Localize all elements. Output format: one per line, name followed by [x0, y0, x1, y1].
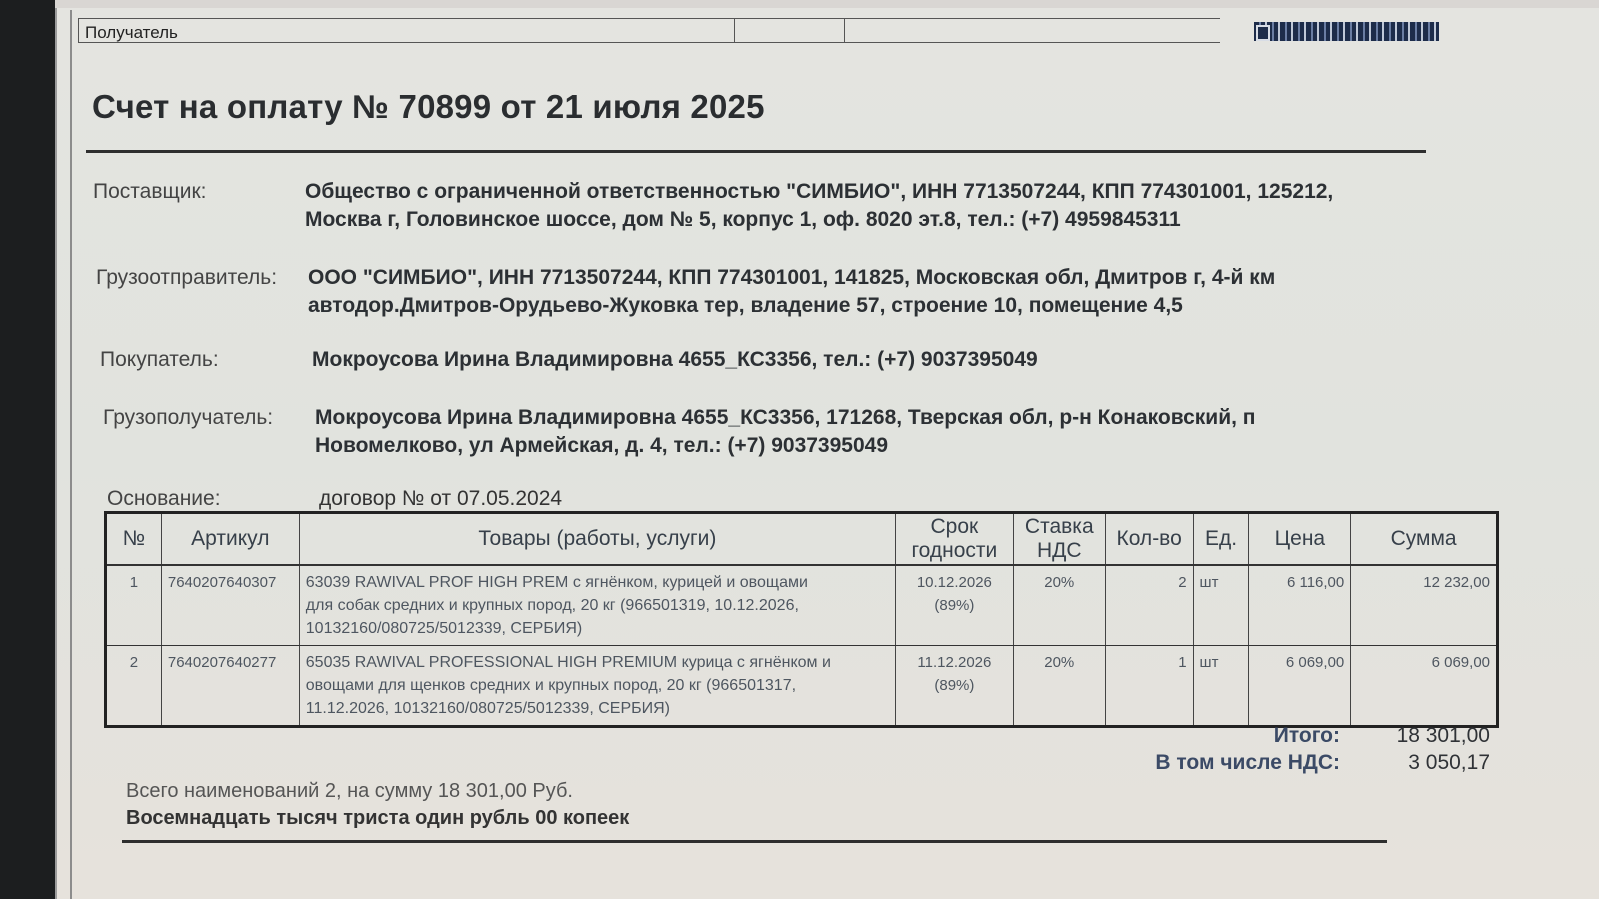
recipient-cell: [845, 19, 1219, 42]
total-row: Итого: 18 301,00: [1110, 722, 1490, 749]
col-vat-line: НДС: [1018, 539, 1101, 563]
shipper-block: Грузоотправитель: ООО "СИМБИО", ИНН 7713…: [96, 264, 1275, 320]
vat-row: В том числе НДС: 3 050,17: [1110, 749, 1490, 776]
shipper-value: ООО "СИМБИО", ИНН 7713507244, КПП 774301…: [308, 264, 1275, 320]
row-sku: 7640207640277: [161, 645, 299, 726]
desc-line: 10132160/080725/5012339, СЕРБИЯ): [306, 617, 889, 640]
desc-line: 63039 RAWIVAL PROF HIGH PREM с ягнёнком,…: [306, 571, 889, 594]
col-goods: Товары (работы, услуги): [299, 513, 895, 565]
total-value: 18 301,00: [1340, 722, 1490, 749]
row-sum: 6 069,00: [1351, 645, 1498, 726]
desc-line: для собак средних и крупных пород, 20 кг…: [306, 594, 889, 617]
table-row: 2 7640207640277 65035 RAWIVAL PROFESSION…: [106, 645, 1498, 726]
supplier-block: Поставщик: Общество с ограниченной ответ…: [93, 178, 1333, 234]
row-num: 1: [106, 565, 162, 646]
row-description: 63039 RAWIVAL PROF HIGH PREM с ягнёнком,…: [299, 565, 895, 646]
consignee-line: Новомелково, ул Армейская, д. 4, тел.: (…: [315, 432, 1255, 460]
table-row: 1 7640207640307 63039 RAWIVAL PROF HIGH …: [106, 565, 1498, 646]
vat-label: В том числе НДС:: [1155, 749, 1340, 776]
buyer-block: Покупатель: Мокроусова Ирина Владимировн…: [100, 346, 1038, 374]
col-sku: Артикул: [161, 513, 299, 565]
totals-block: Итого: 18 301,00 В том числе НДС: 3 050,…: [1110, 722, 1490, 776]
title-divider: [86, 150, 1426, 153]
supplier-line: Москва г, Головинское шоссе, дом № 5, ко…: [305, 206, 1333, 234]
recipient-bank-block: Получатель: [78, 18, 1220, 43]
desc-line: 65035 RAWIVAL PROFESSIONAL HIGH PREMIUM …: [306, 651, 889, 674]
amount-in-words: Восемнадцать тысяч триста один рубль 00 …: [126, 805, 629, 832]
row-qty: 2: [1105, 565, 1193, 646]
col-expiry-line: Срок: [900, 515, 1009, 539]
recipient-label: Получатель: [79, 19, 735, 42]
row-vat: 20%: [1013, 565, 1105, 646]
shipper-line: ООО "СИМБИО", ИНН 7713507244, КПП 774301…: [308, 264, 1275, 292]
col-price: Цена: [1249, 513, 1351, 565]
desc-line: овощами для щенков средних и крупных пор…: [306, 674, 889, 697]
row-expiry: 11.12.2026 (89%): [895, 645, 1013, 726]
page-edge: [70, 10, 72, 899]
col-num: №: [106, 513, 162, 565]
expiry-percent: (89%): [902, 594, 1007, 617]
qr-code-icon: [1254, 22, 1439, 41]
col-unit: Ед.: [1193, 513, 1249, 565]
row-description: 65035 RAWIVAL PROFESSIONAL HIGH PREMIUM …: [299, 645, 895, 726]
table-header-row: № Артикул Товары (работы, услуги) Срок г…: [106, 513, 1498, 565]
col-vat-line: Ставка: [1018, 515, 1101, 539]
items-count-summary: Всего наименований 2, на сумму 18 301,00…: [126, 778, 629, 805]
bottom-divider: [122, 840, 1387, 843]
invoice-title: Счет на оплату № 70899 от 21 июля 2025: [92, 88, 765, 126]
total-label: Итого:: [1274, 722, 1340, 749]
consignee-line: Мокроусова Ирина Владимировна 4655_КС335…: [315, 404, 1255, 432]
basis-block: Основание: договор № от 07.05.2024: [107, 485, 562, 513]
row-vat: 20%: [1013, 645, 1105, 726]
basis-value: договор № от 07.05.2024: [319, 485, 562, 513]
row-sku: 7640207640307: [161, 565, 299, 646]
consignee-block: Грузополучатель: Мокроусова Ирина Владим…: [103, 404, 1255, 460]
row-price: 6 069,00: [1249, 645, 1351, 726]
row-qty: 1: [1105, 645, 1193, 726]
buyer-value: Мокроусова Ирина Владимировна 4655_КС335…: [312, 346, 1038, 374]
supplier-line: Общество с ограниченной ответственностью…: [305, 178, 1333, 206]
vat-value: 3 050,17: [1340, 749, 1490, 776]
col-qty: Кол-во: [1105, 513, 1193, 565]
summary-block: Всего наименований 2, на сумму 18 301,00…: [126, 778, 629, 832]
col-vat: Ставка НДС: [1013, 513, 1105, 565]
consignee-label: Грузополучатель:: [103, 404, 315, 460]
shipper-label: Грузоотправитель:: [96, 264, 308, 320]
recipient-cell: [735, 19, 845, 42]
col-expiry: Срок годности: [895, 513, 1013, 565]
consignee-value: Мокроусова Ирина Владимировна 4655_КС335…: [315, 404, 1255, 460]
desc-line: 11.12.2026, 10132160/080725/5012339, СЕР…: [306, 697, 889, 720]
shipper-line: автодор.Дмитров-Орудьево-Жуковка тер, вл…: [308, 292, 1275, 320]
supplier-label: Поставщик:: [93, 178, 305, 234]
buyer-line: Мокроусова Ирина Владимировна 4655_КС335…: [312, 346, 1038, 374]
row-unit: шт: [1193, 565, 1249, 646]
row-expiry: 10.12.2026 (89%): [895, 565, 1013, 646]
col-expiry-line: годности: [900, 539, 1009, 563]
expiry-date: 11.12.2026: [902, 651, 1007, 674]
col-sum: Сумма: [1351, 513, 1498, 565]
items-table: № Артикул Товары (работы, услуги) Срок г…: [104, 511, 1499, 728]
row-unit: шт: [1193, 645, 1249, 726]
row-sum: 12 232,00: [1351, 565, 1498, 646]
basis-label: Основание:: [107, 485, 319, 513]
buyer-label: Покупатель:: [100, 346, 312, 374]
supplier-value: Общество с ограниченной ответственностью…: [305, 178, 1333, 234]
expiry-date: 10.12.2026: [902, 571, 1007, 594]
expiry-percent: (89%): [902, 674, 1007, 697]
row-price: 6 116,00: [1249, 565, 1351, 646]
row-num: 2: [106, 645, 162, 726]
